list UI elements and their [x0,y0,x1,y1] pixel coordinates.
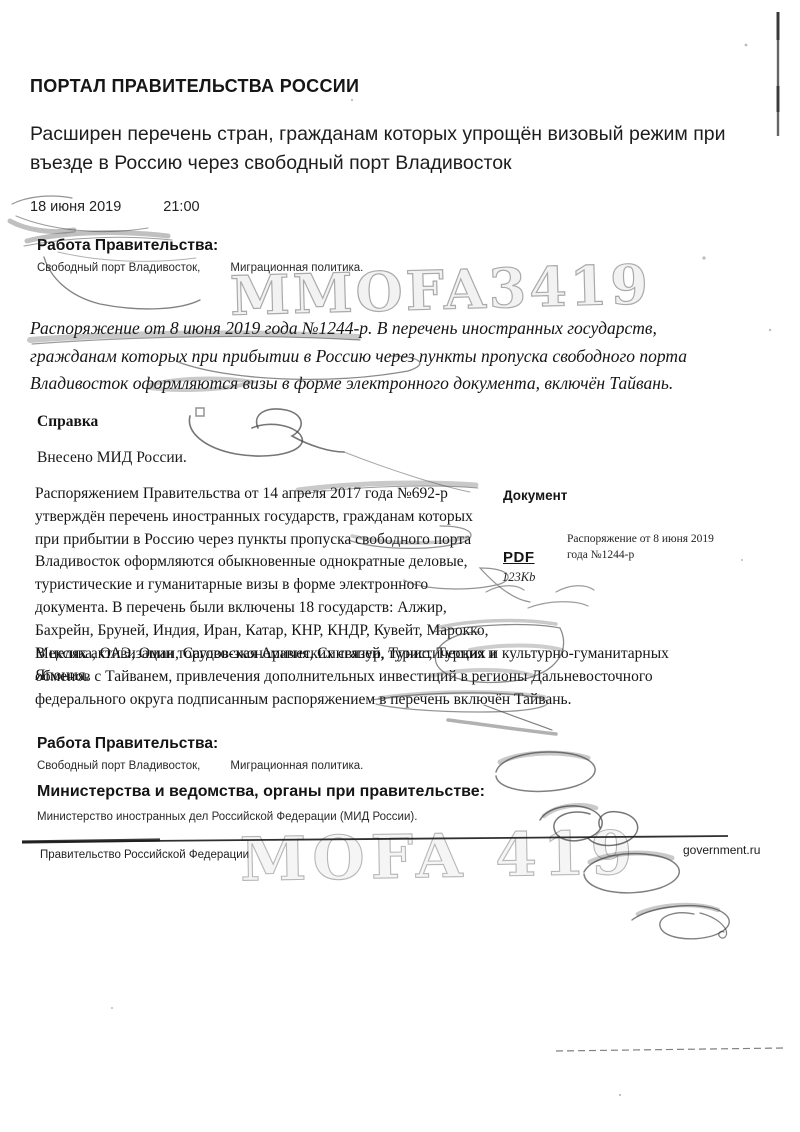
scanned-document-page: MMOFA3419 MOFA 419 ПОРТАЛ ПРАВИТЕЛЬСТВА … [0,0,800,1132]
article-headline: Расширен перечень стран, гражданам котор… [30,120,736,178]
publish-date: 18 июня 2019 [30,199,121,215]
gov-work-heading-bottom: Работа Правительства: [37,735,218,753]
tag-list-bottom: Свободный порт Владивосток,Миграционная … [37,760,363,772]
gov-work-heading-top: Работа Правительства: [37,237,218,255]
submitted-by: Внесено МИД России. [37,449,187,467]
tag-migration-policy-2: Миграционная политика. [230,760,363,772]
publish-time: 21:00 [163,199,199,215]
stamp-watermark-bottom: MOFA 419 [239,819,639,896]
reference-paragraph-2: В целях активизации торгово-экономически… [35,643,687,711]
document-title: Распоряжение от 8 июня 2019 года №1244-р [567,531,729,563]
pdf-label: PDF [503,549,535,566]
footer-site-url: government.ru [683,843,760,857]
dateline: 18 июня 201921:00 [30,199,200,215]
footer-government-name: Правительство Российской Федерации [40,849,249,861]
lead-paragraph: Распоряжение от 8 июня 2019 года №1244-р… [30,315,746,398]
reference-heading: Справка [37,413,98,431]
tag-list-top: Свободный порт Владивосток,Миграционная … [37,262,363,274]
document-box-heading: Документ [503,488,567,503]
tag-free-port-vladivostok: Свободный порт Владивосток, [37,262,200,274]
pdf-file-size: 123Kb [502,570,535,585]
portal-title: ПОРТАЛ ПРАВИТЕЛЬСТВА РОССИИ [30,76,359,97]
tag-free-port-vladivostok-2: Свободный порт Владивосток, [37,760,200,772]
ministry-item-mid: Министерство иностранных дел Российской … [37,811,417,823]
tag-migration-policy: Миграционная политика. [230,262,363,274]
ministries-heading: Министерства и ведомства, органы при пра… [37,783,485,801]
